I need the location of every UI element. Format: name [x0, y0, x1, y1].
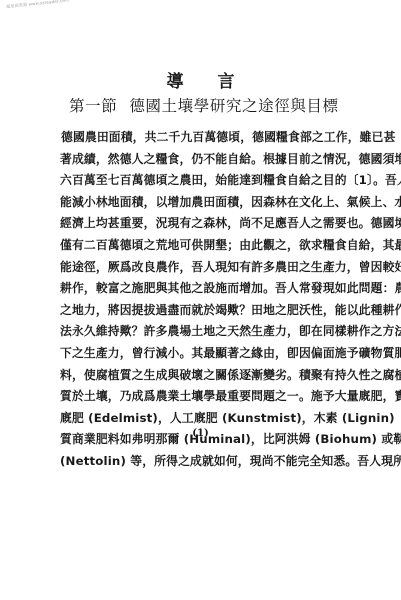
text-line: 能減小林地面積，以增加農田面積，因森林在文化上、氣候上、水之 — [60, 192, 360, 214]
text-line: 六百萬至七百萬德頃之農田，始能達到糧食自給之目的〔1〕。吾人不 — [60, 170, 360, 192]
text-line: 著成績，然德人之糧食，仍不能自給。根據目前之情況，德國須增加 — [60, 149, 360, 171]
body-text: 德國農田面積，共二千九百萬德頃，德國糧食部之工作，雖已甚 著成績，然德人之糧食，… — [60, 127, 360, 473]
watermark: 超星阅览器 www.ssreader.com — [6, 0, 69, 10]
text-line: 質於土壤，乃成爲農業土壤學最重要問題之一。施予大量廐肥，寶貴 — [60, 386, 360, 408]
text-line: 能途徑，厥爲改良農作，吾人現知有許多農田之生產力，曾因較好之 — [60, 257, 360, 279]
text-line: 廐肥 (Edelmist)，人工廐肥 (Kunstmist)，木素 (Ligni… — [60, 408, 360, 430]
chapter-title: 導言 — [0, 67, 401, 92]
section-title: 德國土壤學研究之途徑與目標 — [129, 97, 338, 115]
text-line: 之地力，將因提拔過盡而就於竭歟？田地之肥沃性，能以此種耕作方 — [60, 300, 360, 322]
text-line: 料，使腐植質之生成與破壞之關係逐漸變劣。積聚有持久性之腐植 — [60, 365, 360, 387]
text-line: 經濟上均甚重要，況現有之森林，尚不足應吾人之需要也。德國境內 — [60, 213, 360, 235]
page-number: (1) — [0, 428, 401, 439]
section-number: 第一節 — [69, 97, 117, 115]
text-line: 耕作，較富之施肥與其他之設施而增加。吾人常發現如此問題：農田 — [60, 278, 360, 300]
text-line: 法永久維持歟？許多農場土地之天然生產力，卽在同樣耕作之方法 — [60, 321, 360, 343]
text-line: 下之生產力，曾行減小。其最顯著之緣由，卽因偏面施予礦物質肥 — [60, 343, 360, 365]
text-line: 僅有二百萬德頃之荒地可供開墾；由此觀之，欲求糧食自給，其最可 — [60, 235, 360, 257]
text-line: (Nettolin) 等，所得之成就如何，現尚不能完全知悉。吾人現所得到 — [60, 451, 360, 473]
section-heading: 第一節德國土壤學研究之途徑與目標 — [69, 94, 339, 116]
text-line: 德國農田面積，共二千九百萬德頃，德國糧食部之工作，雖已甚 — [60, 127, 360, 149]
